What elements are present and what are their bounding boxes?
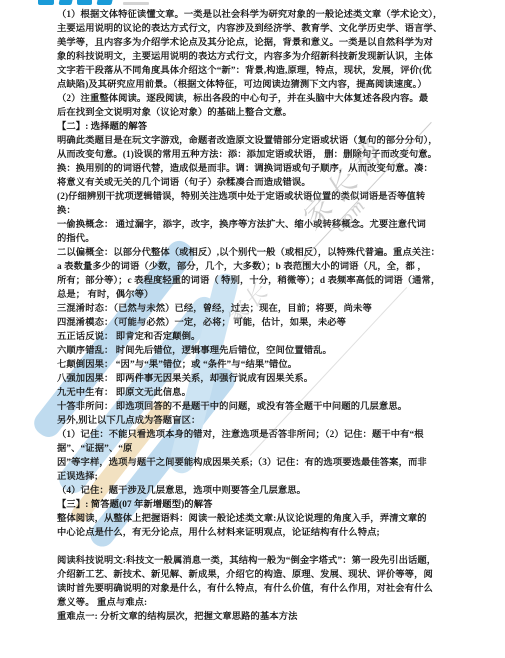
text-line: 文字若干段落从不同角度具体介绍这个“新”：背景,构造,原理，特点，现状，发展，评…: [57, 64, 457, 78]
text-line: 据”、“证据”、“原: [57, 442, 457, 456]
text-line: 换：换用别的的词语代替，造成似是而非。调：调换词语或句子顺序，从而改变句意。凑：: [57, 162, 457, 176]
text-line: a 表数量多少的词语（少数，部分，几个，大多数）；b 表范围大小的词语（凡，全，…: [57, 260, 457, 274]
text-line: 意义等。 重点与难点:: [57, 596, 457, 610]
text-line: 象的科技说明文，主要运用说明的表达方式行文，内容多为介绍新科技新发现新认识，主体: [57, 50, 457, 64]
text-line: （4）记住：题干涉及几层意思，选项中则要答全几层意思。: [57, 484, 457, 498]
text-line: 所有；部分等）；c 表程度轻重的词语（ 特别，十分，稍微等）；d 表频率高低的词…: [57, 274, 457, 288]
text-line: 二以偏概全：以部分代整体（或相反）,以个别代一般（或相反），以特殊代普遍。重点关…: [57, 246, 457, 260]
text-line: 换：: [57, 204, 457, 218]
text-line: 重难点一: 分析文章的结构层次，把握文章思路的基本方法: [57, 610, 457, 624]
logo-side-mark: [123, 2, 149, 5]
text-line: 因”等字样，选项与题干之间要能构成因果关系;（3）记住：有的选项要选最佳答案，而…: [57, 456, 457, 470]
text-line: 整体阅读，从整体上把握语料：阅读一般论述类文章:从议论说理的角度入手，弄清文章的: [57, 512, 457, 526]
text-line: 总是； 有时，偶尔等）: [57, 288, 457, 302]
text-line: 另外,别让以下几点成为答题盲区：: [57, 414, 457, 428]
brand-logo-fragment: [0, 0, 200, 8]
text-line: （2）注重整体阅读。逐段阅读，标出各段的中心句子，并在头脑中大体复述各段内容。最: [57, 92, 457, 106]
text-line: 美学等，且内容多为介绍学术论点及其分论点，论据，背景和意义。一类是以自然科学为对: [57, 36, 457, 50]
text-line: 明确此类题目是在玩文字游戏，命题者改造原文设置错部分定语或状语（复句的部分分句）…: [57, 134, 457, 148]
text-line: 的指代。: [57, 232, 457, 246]
section-heading: 【二】: 选择题的解答: [57, 120, 457, 134]
document-page: 家长帮 com 家长 （1）根据文体特征读懂文章。一类是以社会科学为研究对象的一…: [0, 0, 505, 658]
text-line: 四混淆模态：（可能与必然）一定，必将； 可能，估计，如果，未必等: [57, 316, 457, 330]
text-line: 后在找到全文说明对象（议论对象）的基础上整合文意。: [57, 106, 457, 120]
section-heading: 【三】: 简答题(07 年新增题型)的解答: [57, 498, 457, 512]
text-line: 从而改变句意。(1)设误的常用五种方法：添：添加定语或状语， 删：删除句子而改变…: [57, 148, 457, 162]
text-line: 七颠倒因果： “因”与“果”错位；或 “条件”与“结果”错位。: [57, 358, 457, 372]
text-line: (2)仔细辨别干扰项逻辑错误，特别关注选项中处于定语或状语位置的类似词语是否等值…: [57, 190, 457, 204]
text-line: （1）根据文体特征读懂文章。一类是以社会科学为研究对象的一般论述类文章（学术论文…: [57, 8, 457, 22]
text-line: 一偷换概念： 通过漏字，添字，改字，换序等方法扩大、缩小或转移概念。尤要注意代词: [57, 218, 457, 232]
text-line: 三混淆时态：（已然与未然）已经，曾经，过去；现在，目前；将要，尚未等: [57, 302, 457, 316]
text-line: 读时首先要明确说明的对象是什么，有什么特点，有什么价值，有什么作用，对社会有什么: [57, 582, 457, 596]
text-line: 主要运用说明的议论的表达方式行文，内容涉及到经济学、教育学、文化学历史学、语言学…: [57, 22, 457, 36]
logo-letter-fragment: [38, 0, 54, 5]
logo-letter-fragment: [77, 0, 92, 5]
text-line: 阅读科技说明文:科技文一般属消息一类，其结构一般为“倒金字塔式”：第一段先引出话…: [57, 554, 457, 568]
text-line: （1）记住：不能只看选项本身的错对，注意选项是否答非所问；（2）记住：题干中有“…: [57, 428, 457, 442]
text-line: [57, 540, 457, 554]
document-body: （1）根据文体特征读懂文章。一类是以社会科学为研究对象的一般论述类文章（学术论文…: [57, 8, 457, 624]
text-line: 五正话反说： 即肯定和否定颠倒。: [57, 330, 457, 344]
text-line: 介绍新工艺、新技术、新见解、新成果，介绍它的构造、原理、发展、现状、评价等等，阅: [57, 568, 457, 582]
text-line: 中心论点是什么，有无分论点，用什么材料来证明观点，论证结构有什么特点;: [57, 526, 457, 540]
text-line: 将意义有关或无关的几个词语（句子）杂糅凑合而造成错误。: [57, 176, 457, 190]
text-line: 点缺陷)及其研究应用前景。（根据文体特征，可边阅读边猜测下文内容，提高阅读速度。…: [57, 78, 457, 92]
text-line: 六顺序错乱： 时间先后错位，逻辑事理先后错位，空间位置错乱。: [57, 344, 457, 358]
text-line: 九无中生有： 即原文无此信息。: [57, 386, 457, 400]
text-line: 十答非所问： 即选项回答的不是题干中的问题，或没有答全题干中问题的几层意思。: [57, 400, 457, 414]
text-line: 正误选择;: [57, 470, 457, 484]
logo-letter-fragment: [96, 0, 112, 5]
text-line: 八强加因果： 即两件事无因果关系，却强行说成有因果关系。: [57, 372, 457, 386]
logo-letter-fragment: [58, 0, 72, 5]
